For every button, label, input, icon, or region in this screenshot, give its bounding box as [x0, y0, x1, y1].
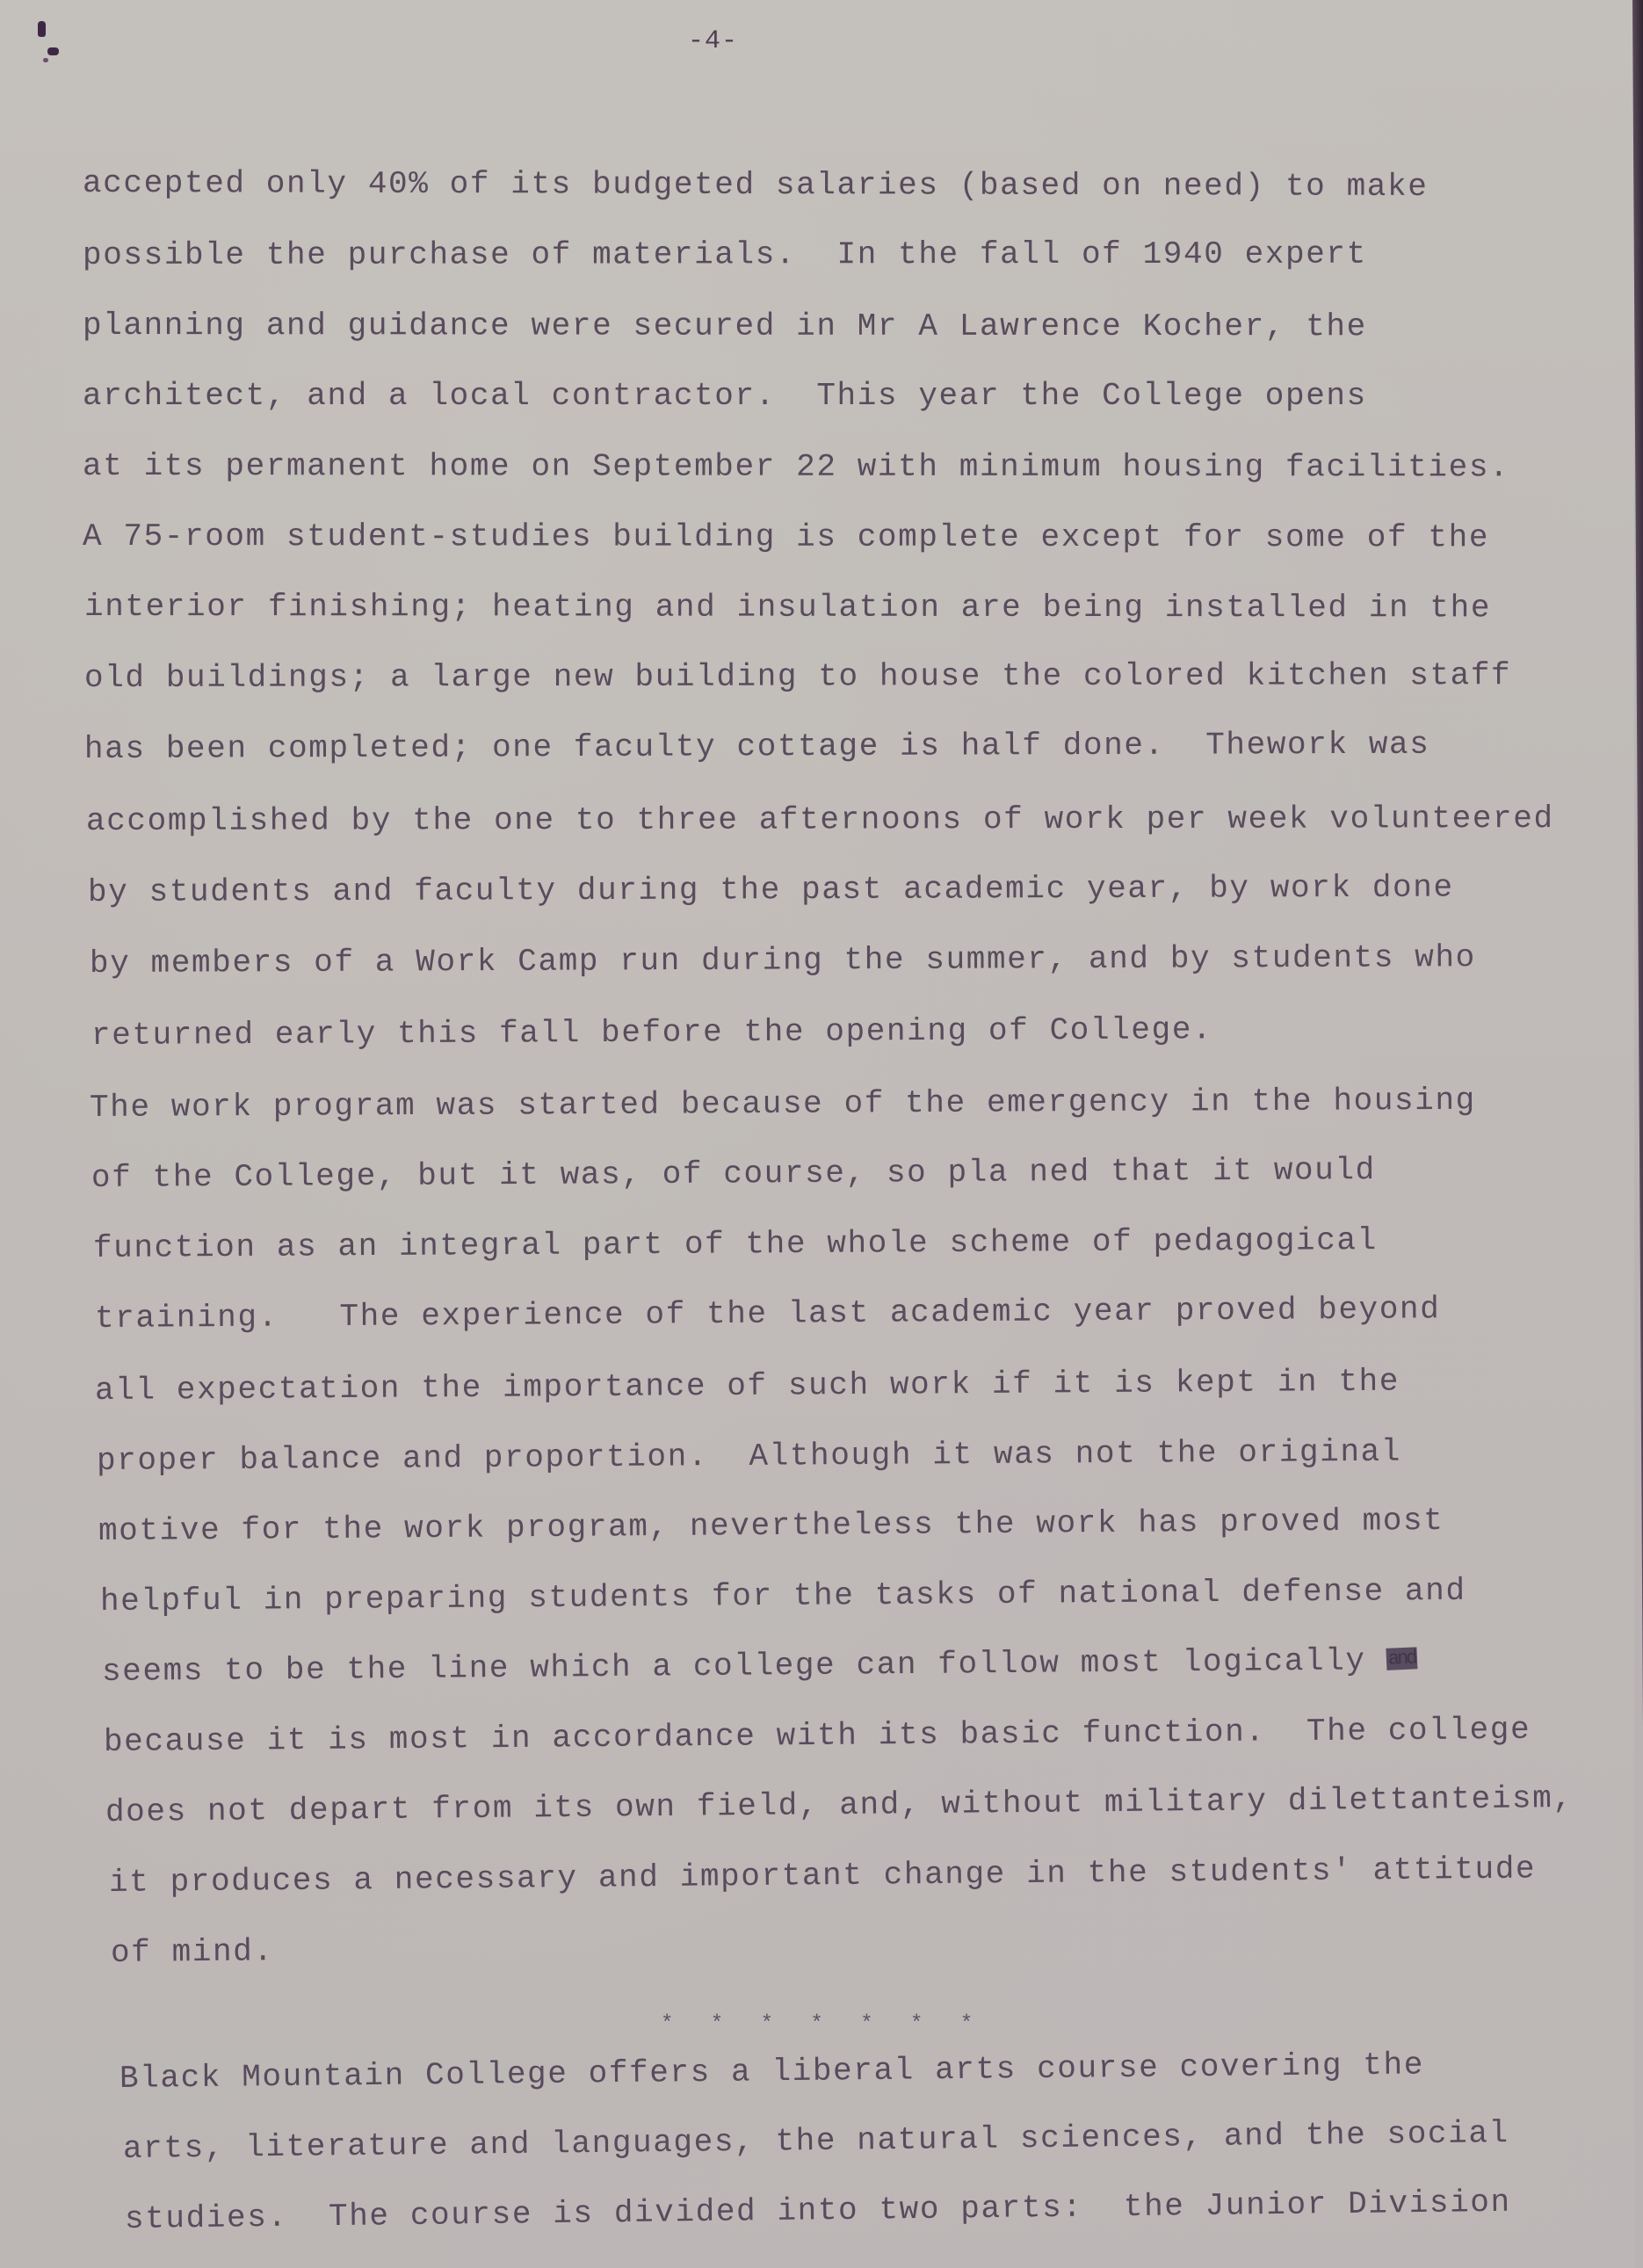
- text-line: has been completed; one faculty cottage …: [84, 727, 1430, 767]
- text-line-content: seems to be the line which a college can…: [102, 1642, 1366, 1690]
- text-line: planning and guidance were secured in Mr…: [83, 308, 1367, 344]
- text-line: it produces a necessary and important ch…: [109, 1851, 1537, 1901]
- text-line: because it is most in accordance with it…: [104, 1712, 1531, 1760]
- text-line: interior finishing; heating and insulati…: [84, 589, 1491, 626]
- text-line: all expectation the importance of such w…: [95, 1364, 1400, 1409]
- text-line: returned early this fall before the open…: [91, 1011, 1212, 1054]
- text-line: A 75-room student-studies building is co…: [83, 518, 1489, 555]
- text-line: of the College, but it was, of course, s…: [91, 1152, 1376, 1196]
- text-line: training. The experience of the last aca…: [95, 1291, 1441, 1337]
- page-number: -4-: [688, 26, 738, 56]
- text-line: old buildings; a large new building to h…: [84, 657, 1511, 696]
- text-line: helpful in preparing students for the ta…: [100, 1573, 1466, 1619]
- text-line: motive for the work program, nevertheles…: [98, 1503, 1444, 1549]
- text-line: Black Mountain College offers a liberal …: [119, 2047, 1424, 2097]
- text-line: architect, and a local contractor. This …: [83, 378, 1367, 414]
- text-line: studies. The course is divided into two …: [125, 2185, 1511, 2237]
- struck-over-word: and: [1386, 1647, 1417, 1670]
- text-line: accomplished by the one to three afterno…: [86, 801, 1554, 839]
- ink-smudge-mark: [35, 19, 62, 65]
- text-line: of mind.: [111, 1933, 274, 1971]
- text-line: The work program was started because of …: [90, 1083, 1476, 1126]
- text-line: accepted only 40% of its budgeted salari…: [83, 165, 1429, 205]
- text-line: seems to be the line which a college can…: [102, 1642, 1417, 1690]
- text-line: proper balance and proportion. Although …: [97, 1434, 1401, 1479]
- text-line: arts, literature and languages, the natu…: [123, 2115, 1509, 2167]
- text-line: by students and faculty during the past …: [88, 870, 1454, 910]
- text-line: function as an integral part of the whol…: [93, 1222, 1378, 1266]
- asterisk-separator: * * * * * * *: [661, 2012, 985, 2036]
- text-line: by members of a Work Camp run during the…: [90, 939, 1476, 982]
- typed-page: -4- accepted only 40% of its budgeted sa…: [0, 0, 1634, 2268]
- text-line: possible the purchase of materials. In t…: [83, 236, 1367, 273]
- text-line: at its permanent home on September 22 wi…: [83, 448, 1509, 485]
- text-line: does not depart from its own field, and,…: [105, 1780, 1574, 1830]
